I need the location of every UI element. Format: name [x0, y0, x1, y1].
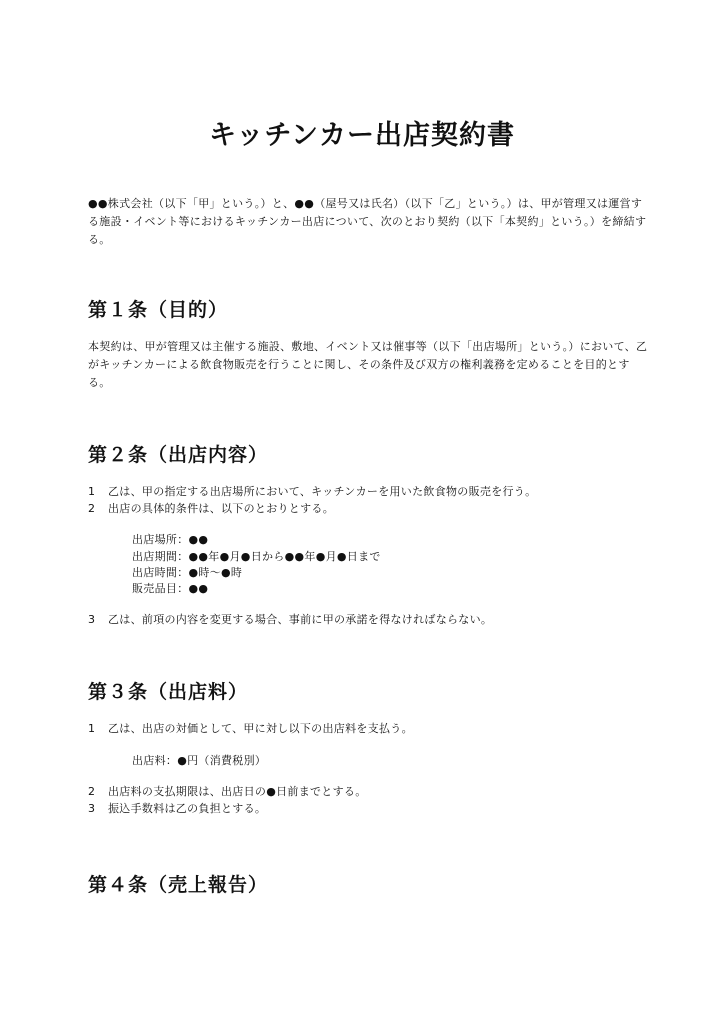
item-text: 出店料の支払期限は、出店日の●日前までとする。	[108, 785, 367, 798]
article-4-heading: 第４条（売上報告）	[88, 871, 268, 899]
article-3-item-2: 2出店料の支払期限は、出店日の●日前までとする。	[88, 783, 367, 801]
item-number: 1	[88, 720, 108, 738]
item-number: 1	[88, 483, 108, 501]
contract-page: キッチンカー出店契約書 ●●株式会社（以下「甲」という。）と、●●（屋号又は氏名…	[0, 0, 724, 1024]
article-3-item-3: 3振込手数料は乙の負担とする。	[88, 800, 266, 818]
item-number: 2	[88, 783, 108, 801]
item-number: 3	[88, 800, 108, 818]
article-2-heading: 第２条（出店内容）	[88, 441, 268, 469]
item-number: 2	[88, 500, 108, 518]
article-1-heading: 第１条（目的）	[88, 296, 228, 324]
item-text: 乙は、出店の対価として、甲に対し以下の出店料を支払う。	[108, 722, 413, 735]
item-number: 3	[88, 611, 108, 629]
article-2-item-2: 2出店の具体的条件は、以下のとおりとする。	[88, 500, 334, 518]
article-1-body: 本契約は、甲が管理又は主催する施設、敷地、イベント又は催事等（以下「出店場所」と…	[88, 338, 648, 392]
condition-items: 販売品目：●●	[132, 580, 208, 598]
article-3-heading: 第３条（出店料）	[88, 678, 248, 706]
article-2-item-1: 1乙は、甲の指定する出店場所において、キッチンカーを用いた飲食物の販売を行う。	[88, 483, 536, 501]
document-title: キッチンカー出店契約書	[0, 116, 724, 156]
article-3-item-1: 1乙は、出店の対価として、甲に対し以下の出店料を支払う。	[88, 720, 413, 738]
condition-fee: 出店料：●円（消費税別）	[132, 752, 266, 770]
item-text: 出店の具体的条件は、以下のとおりとする。	[108, 502, 334, 515]
item-text: 乙は、甲の指定する出店場所において、キッチンカーを用いた飲食物の販売を行う。	[108, 485, 536, 498]
item-text: 振込手数料は乙の負担とする。	[108, 802, 266, 815]
article-2-item-3: 3乙は、前項の内容を変更する場合、事前に甲の承諾を得なければならない。	[88, 611, 492, 629]
item-text: 乙は、前項の内容を変更する場合、事前に甲の承諾を得なければならない。	[108, 613, 492, 626]
condition-location: 出店場所：●●	[132, 531, 208, 549]
preamble-paragraph: ●●株式会社（以下「甲」という。）と、●●（屋号又は氏名）（以下「乙」という。）…	[88, 195, 648, 249]
